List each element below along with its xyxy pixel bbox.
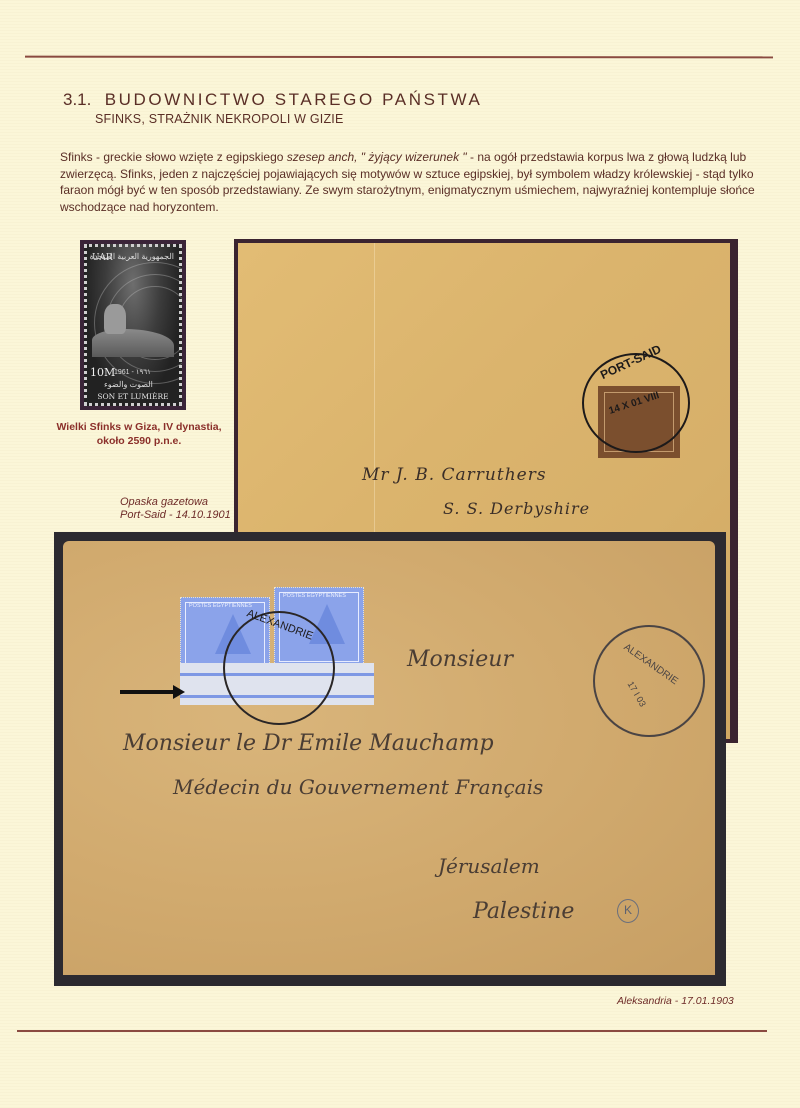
stamp-caption: Wielki Sfinks w Giza, IV dynastia, około…: [55, 420, 223, 448]
wrapper-caption: Opaska gazetowa Port-Said - 14.10.1901: [120, 496, 231, 522]
address-line: Monsieur le Dr Emile Mauchamp: [123, 731, 494, 756]
alexandrie-postmark-2: [593, 625, 705, 737]
section-number: 3.1.: [63, 90, 91, 109]
address-line: Mr J. B. Carruthers: [362, 465, 547, 485]
stamp-arabic-header: الجمهورية العربية المتحدة: [90, 252, 174, 261]
stamp-years: 1961 - ١٩٦١: [114, 368, 151, 376]
stamp-legend: SON ET LUMIÈRE: [84, 392, 182, 401]
page-subtitle: SFINKS, STRAŻNIK NEKROPOLI W GIZIE: [95, 112, 344, 126]
section-title: BUDOWNICTWO STAREGO PAŃSTWA: [105, 90, 483, 109]
intro-text: Sfinks - greckie słowo wzięte z egipskie…: [60, 150, 287, 164]
stamp-value: 10M: [90, 366, 115, 379]
address-line: S. S. Derbyshire: [443, 499, 590, 518]
sphinx-stamp: UAR الجمهورية العربية المتحدة 10M 1961 -…: [84, 244, 182, 406]
intro-paragraph: Sfinks - greckie słowo wzięte z egipskie…: [60, 149, 760, 215]
stamp-mount: UAR الجمهورية العربية المتحدة 10M 1961 -…: [80, 240, 186, 410]
address-line: Médecin du Gouvernement Français: [173, 775, 543, 799]
address-line: Palestine: [473, 899, 574, 924]
bottom-rule: [17, 1030, 767, 1032]
k-mark: K: [617, 899, 639, 923]
arrow-icon: [120, 690, 175, 694]
intro-italic: szesep anch, " żyjący wizerunek ": [287, 150, 467, 164]
address-line: Jérusalem: [438, 854, 540, 878]
address-line: Monsieur: [407, 647, 513, 672]
top-rule: [25, 56, 773, 59]
envelope-caption: Aleksandria - 17.01.1903: [617, 995, 734, 1007]
page-title: 3.1. BUDOWNICTWO STAREGO PAŃSTWA: [63, 90, 482, 110]
stamp-arabic-legend: الصوت والضوء: [104, 380, 153, 389]
